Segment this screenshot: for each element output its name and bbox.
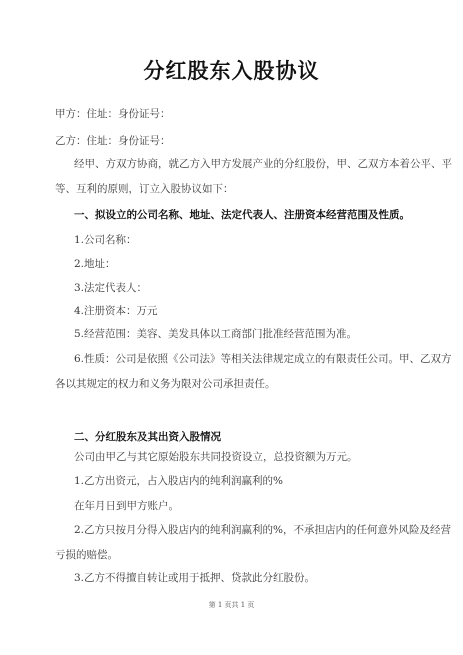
paragraph-line: 6.性质：公司是依照《公司法》等相关法律规定成立的有限责任公司。甲、乙双方 — [74, 352, 452, 366]
paragraph-line: 在年月日到甲方账户。 — [74, 499, 179, 513]
paragraph-line: 各以其规定的权力和义务为限对公司承担责任。 — [55, 377, 276, 391]
paragraph-line: 3.乙方不得擅自转让或用于抵押、贷款此分红股份。 — [74, 571, 315, 585]
paragraph-line: 乙方：住址：身份证号： — [55, 134, 171, 148]
paragraph-line: 3.法定代表人： — [74, 281, 147, 295]
paragraph-line: 5.经营范围：美容、美发具体以工商部门批准经营范围为准。 — [74, 327, 357, 341]
paragraph-line: 经甲、方双方协商，就乙方入甲方发展产业的分红股份，甲、乙双方本着公平、平 — [74, 157, 452, 171]
paragraph-line: 2.地址： — [74, 257, 116, 271]
paragraph-line: 2.乙方只按月分得入股店内的纯利润赢利的%，不承担店内的任何意外风险及经营 — [74, 523, 451, 537]
paragraph-line: 1.公司名称： — [74, 233, 137, 247]
document-title: 分红股东入股协议 — [0, 55, 463, 85]
paragraph-line: 公司由甲乙与其它原始股东共同投资设立，总投资额为万元。 — [74, 450, 358, 464]
paragraph-line: 甲方：住址：身份证号： — [55, 107, 171, 121]
section-heading: 一、拟设立的公司名称、地址、法定代表人、注册资本经营范围及性质。 — [74, 208, 410, 222]
paragraph-line: 亏损的赔偿。 — [55, 548, 118, 562]
document-page: 分红股东入股协议 甲方：住址：身份证号：乙方：住址：身份证号：经甲、方双方协商，… — [0, 0, 463, 655]
paragraph-line: 等、互利的原则，订立入股协议如下： — [55, 182, 234, 196]
page-footer: 第 1 页共 1 页 — [0, 600, 463, 610]
paragraph-line: 1.乙方出资元，占入股店内的纯利润赢利的% — [74, 474, 283, 488]
paragraph-line: 4.注册资本：万元 — [74, 304, 158, 318]
section-heading: 二、分红股东及其出资入股情况 — [74, 430, 221, 444]
